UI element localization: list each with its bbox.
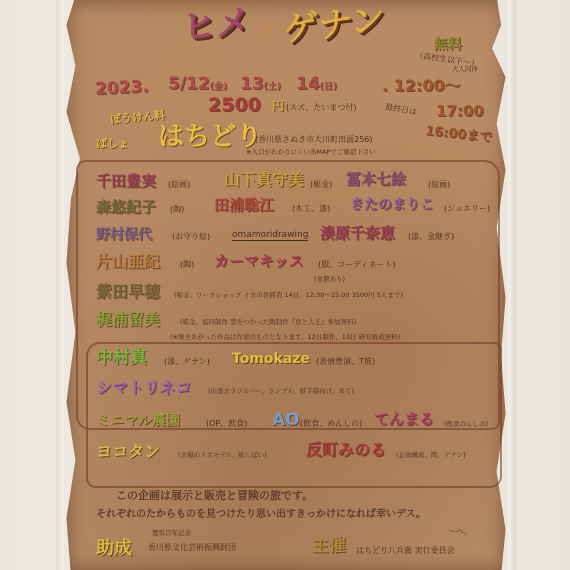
day1-date: 5/12 — [168, 74, 210, 94]
fee-note: (スズ、たいまつ付) — [286, 104, 356, 112]
artist-name: 片山亜紀 — [96, 254, 160, 270]
artist-name: 山下真守美 — [224, 172, 304, 188]
artist-name: 中村真 — [96, 350, 147, 367]
artist-genre: (彫金) — [310, 181, 332, 189]
artist-genre: (漆、ゲナン) — [164, 358, 210, 366]
support-label: 助成 — [96, 540, 132, 558]
artist-genre: (絵画) — [168, 181, 190, 189]
artist-genre: (木工、漆) — [292, 205, 330, 213]
artist-genre: (企画構成、陶、ゲナン) — [396, 452, 466, 459]
organizer-org: はちどり八兵衛 実行委員会 — [356, 547, 455, 555]
artist-genre: (漆、金継ぎ) — [408, 233, 454, 241]
frame-mat-right — [508, 0, 516, 570]
artist-name: 千田豊実 — [96, 174, 156, 189]
artist-genre: (出張カラフルバー、ランプル、紙手描向け、あて) — [208, 388, 354, 395]
artist-genre: (ジュエリー) — [444, 205, 490, 213]
artist-name: 野村保代 — [96, 228, 152, 242]
artist-name: きたのまりこ — [350, 198, 434, 212]
event-day2: 13(土) — [240, 76, 281, 93]
artist-handle: omamoridrawing — [232, 231, 308, 241]
day2-date: 13 — [240, 74, 264, 94]
artist-name: シマトリネコ — [96, 380, 192, 396]
artist-note: (※焼きあがった作品は作家のものとなります。12日制作、13日 研究焼成無料) — [170, 334, 400, 341]
artist-name: 田浦聡江 — [214, 198, 274, 213]
artist-genre: (服、コーディネート) — [318, 261, 396, 269]
poster-title: ヒメ と ゲナン — [182, 8, 385, 42]
day3-weekday: (日) — [320, 82, 337, 92]
event-day1: 5/12(金) — [168, 76, 227, 93]
artist-genre: (会場のスズモデル、紙しばい) — [178, 452, 267, 459]
artist-name: カーマキッス — [214, 254, 304, 269]
artist-genre: (陶) — [180, 261, 194, 269]
artist-name: ヨコタン — [96, 444, 160, 460]
artist-name: 森悠紀子 — [96, 200, 156, 215]
artist-genre: (OP、飲食) — [206, 420, 247, 428]
support-org: 香川県文化芸術振興財団 — [148, 544, 236, 552]
frame-mat-left — [56, 0, 64, 570]
event-time-start: . 12:00〜 — [382, 78, 461, 94]
artist-note: (食費あり) — [314, 276, 345, 283]
venue-name: はちどり — [158, 124, 262, 150]
support-note: 置県百年記念 — [152, 530, 191, 537]
message-line1: この企画は展示と販売と冒険の旅です。 — [116, 490, 313, 501]
artist-name: Tomokaze — [232, 352, 310, 366]
artist-genre: (彫金、ワークショップ イカの骨鋳造 14日、12:30〜15:00 3500円… — [174, 292, 403, 299]
title-conjunction: と — [259, 21, 275, 40]
title-part2: ゲナン — [284, 3, 384, 48]
title-part1: ヒメ — [182, 4, 250, 45]
artist-name: てんまる — [374, 412, 434, 427]
fee-amount: 2500 — [208, 96, 261, 115]
artist-genre: (陶) — [170, 206, 184, 214]
artist-name: 反町みのる — [306, 442, 386, 458]
artist-genre: (飲食、めんしの) — [300, 420, 362, 428]
artist-genre: (彫金、協同制作 型をつかった陶制作『島と人王』参加無料) — [180, 319, 356, 326]
message-sign: 〜へ。 — [448, 528, 472, 536]
organizer-label: 主催 — [312, 538, 346, 555]
event-year: 2023. — [95, 79, 150, 99]
day3-date: 14 — [296, 74, 320, 94]
event-day3: 14(日) — [296, 76, 337, 93]
artist-name: AO — [272, 412, 300, 429]
event-time-end: 17:00 — [436, 104, 484, 119]
admission-free-label: 無料 — [434, 38, 462, 52]
day2-weekday: (土) — [264, 82, 281, 92]
venue-note: ※入口がわかりにくい為MAPでご確認下さい — [246, 149, 376, 156]
venue-label: ばしょ — [96, 138, 129, 149]
artist-name: 梶浦留美 — [96, 312, 160, 328]
message-line2: それぞれのたからものを見つけたり思い出すきっかけになれば幸いデス。 — [96, 510, 426, 520]
artist-name: 紫田早穂 — [96, 284, 160, 300]
artist-name: 湊原千奈恵 — [320, 226, 395, 241]
fee-currency: 円 — [272, 100, 284, 112]
artist-genre: (表情豊演、T推) — [316, 358, 375, 366]
artist-genre: (飲食のんしの) — [444, 421, 488, 428]
artist-genre: (絵画) — [428, 181, 450, 189]
venue-address: (香川県さぬき市大川町田面256) — [255, 136, 373, 144]
admission-note-line2: 大人同伴 — [452, 66, 478, 73]
artist-name: ミニマル農園 — [96, 414, 180, 428]
day1-weekday: (金) — [210, 82, 227, 92]
artist-name: 冨本七絵 — [346, 172, 406, 187]
artist-genre: (お守り絵) — [172, 233, 210, 241]
